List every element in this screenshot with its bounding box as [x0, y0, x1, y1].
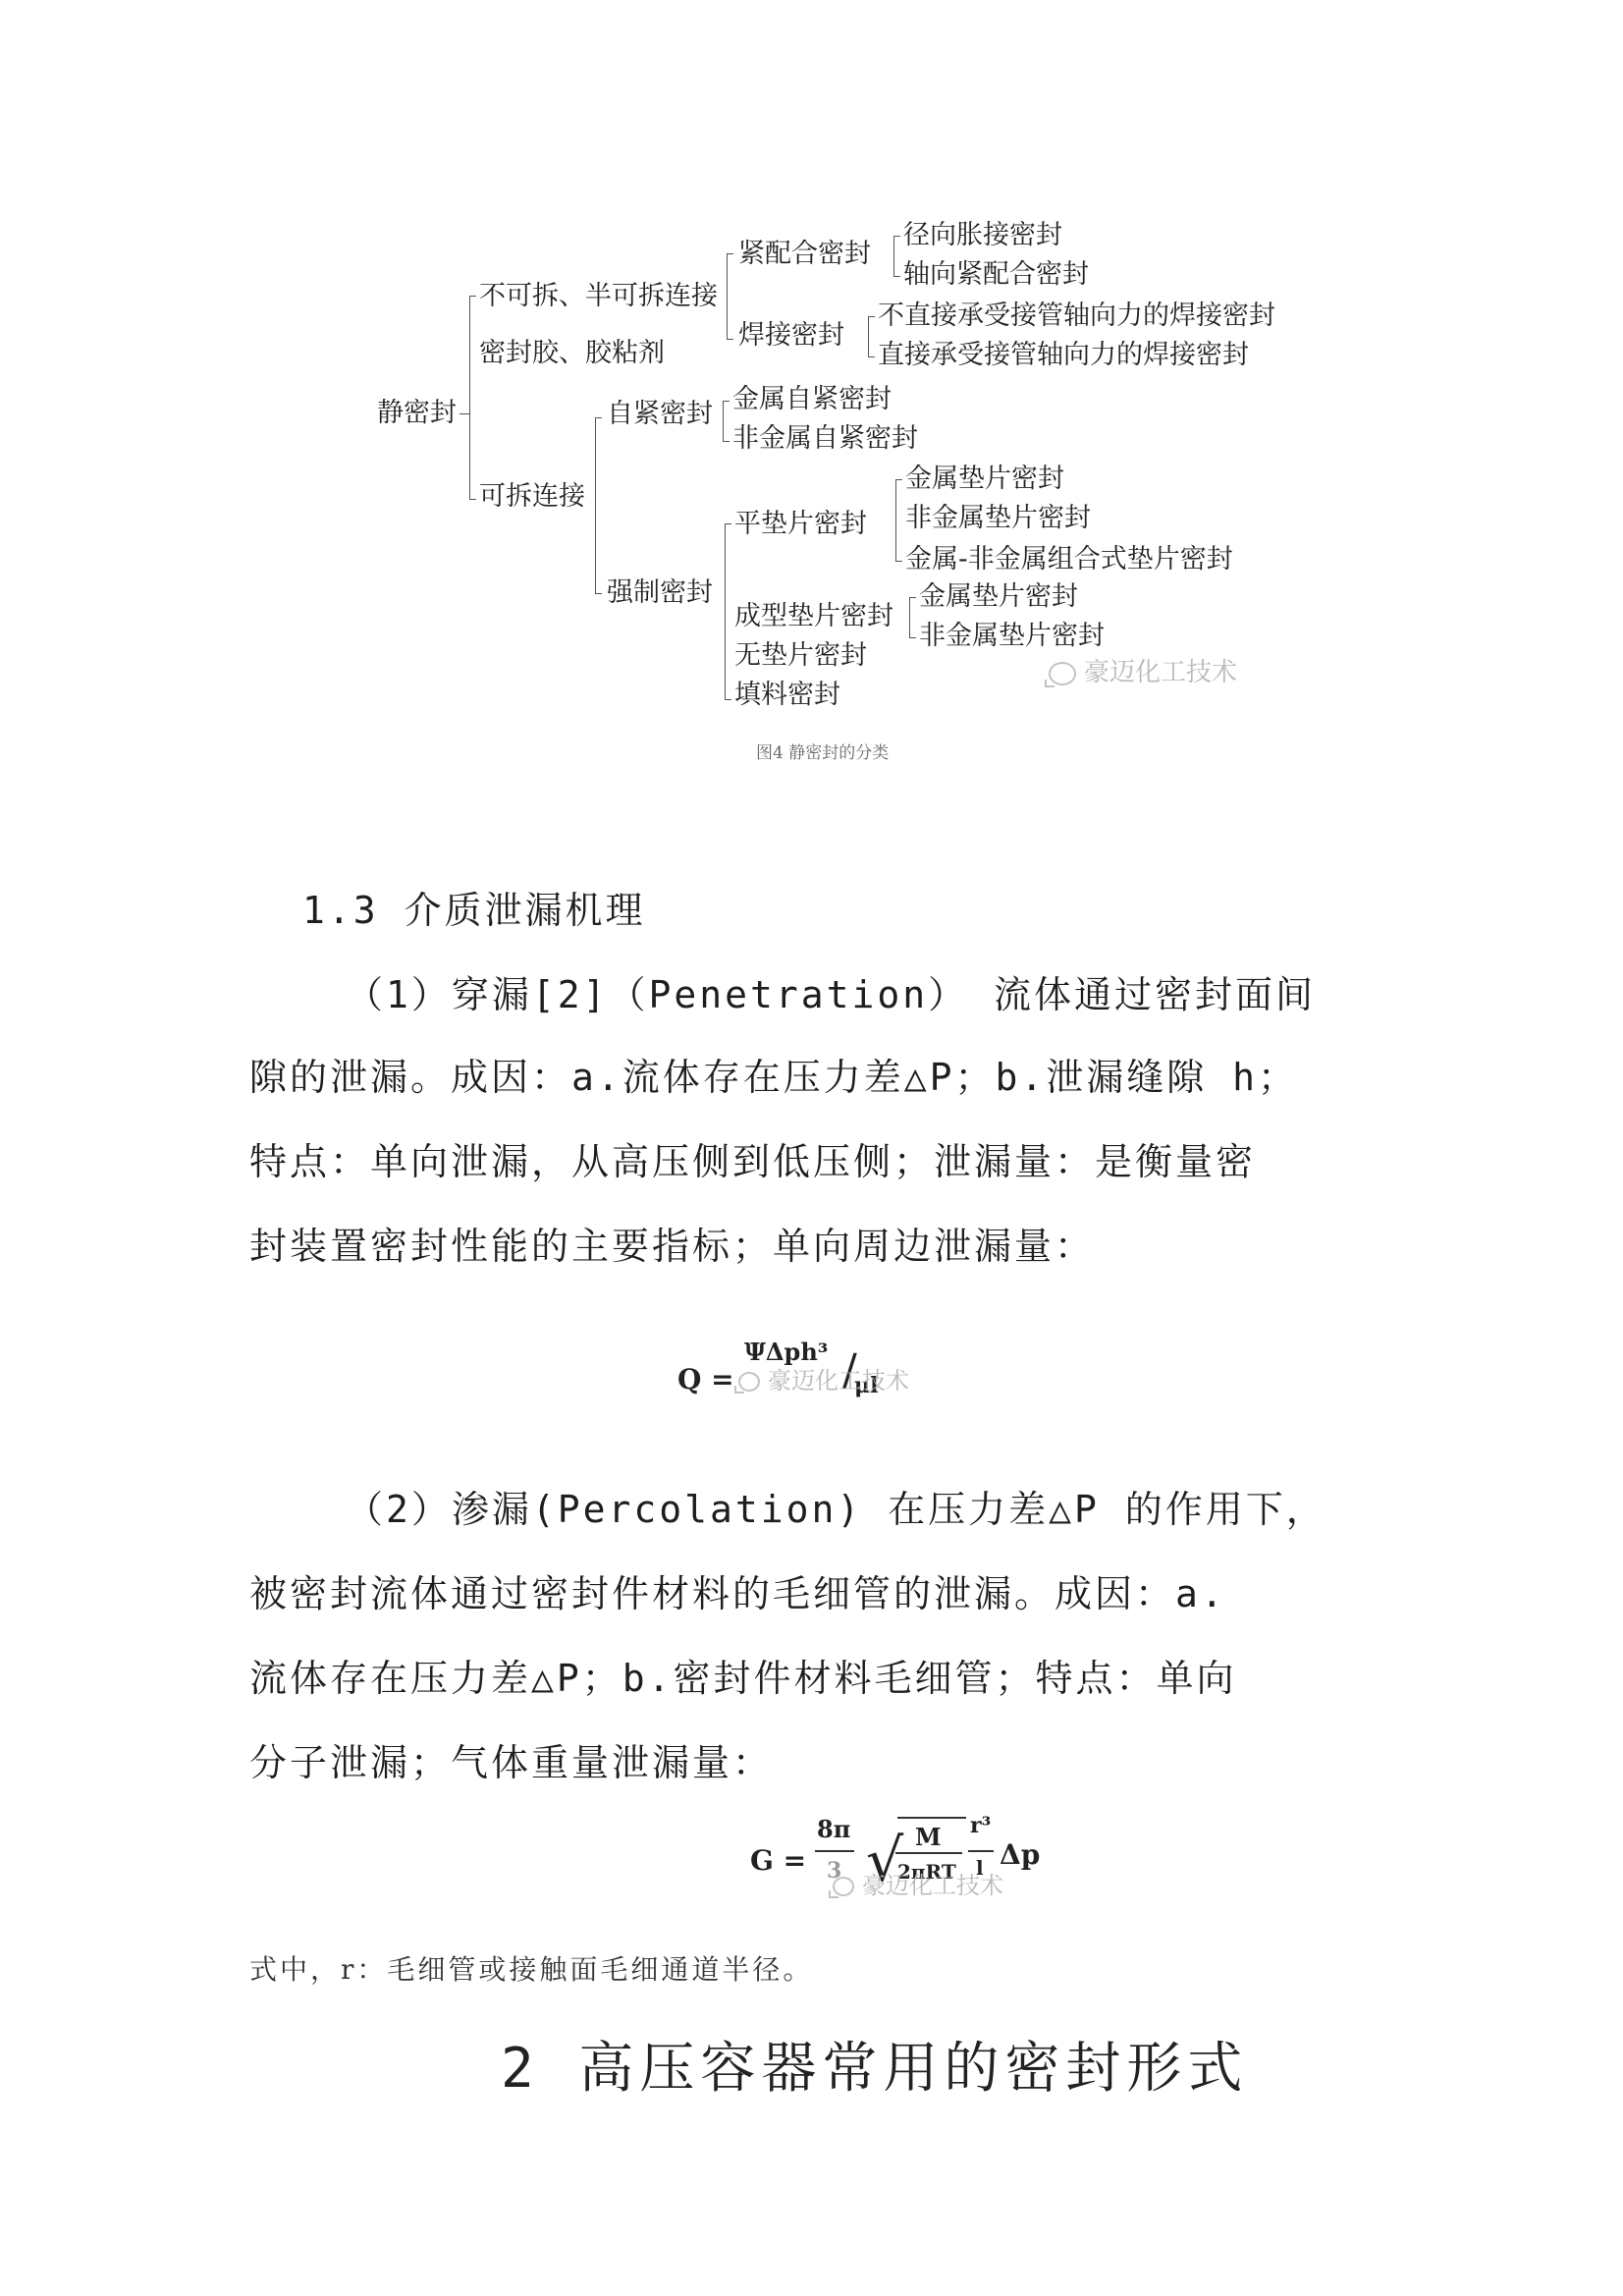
frac2-numerator: r³ [970, 1813, 991, 1838]
tree-node-no-gasket: 无垫片密封 [734, 642, 867, 669]
tree-bracket [893, 236, 900, 277]
formula-g: G = 8π 3 √ M 2πRT r³ l Δp 豪迈化工技术 [750, 1807, 1064, 1915]
paragraph-line: 被密封流体通过密封件材料的毛细管的泄漏。成因：a. [249, 1563, 1226, 1617]
tree-bracket [595, 417, 602, 594]
tree-node-removable: 可拆连接 [479, 483, 585, 510]
watermark-text: 豪迈化工技术 [1084, 658, 1237, 687]
tree-bracket [909, 597, 916, 638]
tree-node-nonremovable: 不可拆、半可拆连接 [479, 283, 718, 309]
tree-bracket [725, 523, 731, 700]
tree-node-weld: 焊接密封 [738, 322, 844, 349]
tree-node-sealant: 密封胶、胶粘剂 [479, 340, 665, 366]
sqrt-overline [897, 1817, 966, 1819]
wechat-icon [1049, 662, 1076, 685]
tree-bracket [723, 401, 730, 442]
tree-leaf: 非金属自紧密封 [732, 425, 918, 452]
section-2-heading: 2 高压容器常用的密封形式 [501, 2025, 1248, 2104]
tree-leaf: 直接承受接管轴向力的焊接密封 [878, 342, 1249, 368]
tree-node-self-tight: 自紧密封 [607, 401, 713, 427]
paragraph-line: 隙的泄漏。成因：a.流体存在压力差△P；b.泄漏缝隙 h； [249, 1047, 1298, 1101]
tree-bracket [727, 253, 733, 340]
tree-leaf: 非金属垫片密封 [919, 623, 1105, 649]
tree-node-formed-gasket: 成型垫片密封 [734, 603, 893, 629]
tree-leaf: 不直接承受接管轴向力的焊接密封 [878, 302, 1275, 329]
tree-root: 静密封 [377, 400, 457, 426]
wechat-icon [738, 1372, 760, 1392]
tree-node-tight-fit: 紧配合密封 [738, 241, 871, 267]
tree-bracket [868, 316, 875, 357]
watermark-text: 豪迈化工技术 [862, 1872, 1003, 1899]
tree-leaf: 非金属垫片密封 [905, 505, 1091, 531]
tree-node-forced: 强制密封 [607, 579, 713, 606]
paragraph-line: 封装置密封性能的主要指标；单向周边泄漏量： [249, 1216, 1095, 1270]
fraction-bar [968, 1850, 994, 1852]
section-heading: 1.3 介质泄漏机理 [302, 880, 646, 934]
tree-node-flat-gasket: 平垫片密封 [734, 511, 867, 537]
paragraph-line: 分子泄漏；气体重量泄漏量： [249, 1732, 773, 1786]
frac1-numerator: 8π [817, 1815, 850, 1843]
tree-leaf: 金属自紧密封 [732, 386, 892, 412]
paragraph-line: （1）穿漏[2]（Penetration） 流体通过密封面间 [346, 964, 1316, 1018]
paragraph-line: 特点：单向泄漏，从高压侧到低压侧；泄漏量：是衡量密 [249, 1131, 1256, 1185]
formula-q: Q = ΨΔph³ / μl 豪迈化工技术 [677, 1338, 972, 1406]
tree-node-packing: 填料密封 [734, 682, 840, 708]
formula-note: 式中，r：毛细管或接触面毛细通道半径。 [249, 1948, 813, 1988]
watermark-text: 豪迈化工技术 [768, 1367, 909, 1394]
tree-bracket [469, 296, 476, 500]
watermark: 豪迈化工技术 [738, 1361, 909, 1395]
tree-leaf: 金属垫片密封 [919, 583, 1078, 610]
tree-bracket [895, 479, 902, 562]
paragraph-line: （2）渗漏(Percolation) 在压力差△P 的作用下， [346, 1479, 1326, 1533]
watermark: 豪迈化工技术 [833, 1866, 1003, 1900]
watermark: 豪迈化工技术 [1049, 652, 1237, 688]
tree-leaf: 金属垫片密封 [905, 465, 1064, 492]
formula-lhs: G = [750, 1844, 806, 1877]
tree-leaf: 金属-非金属组合式垫片密封 [905, 546, 1233, 573]
fraction-bar [895, 1852, 962, 1854]
formula-lhs: Q = [677, 1363, 734, 1395]
sqrt-numerator: M [915, 1823, 942, 1851]
paragraph-line: 流体存在压力差△P；b.密封件材料毛细管；特点：单向 [249, 1648, 1237, 1702]
formula-tail: Δp [1000, 1838, 1040, 1871]
tree-leaf: 径向胀接密封 [903, 222, 1062, 248]
tree-leaf: 轴向紧配合密封 [903, 261, 1089, 288]
wechat-icon [833, 1877, 854, 1896]
figure-caption: 图4 静密封的分类 [756, 738, 889, 763]
fraction-bar [815, 1850, 854, 1852]
tree-connector [460, 413, 469, 414]
